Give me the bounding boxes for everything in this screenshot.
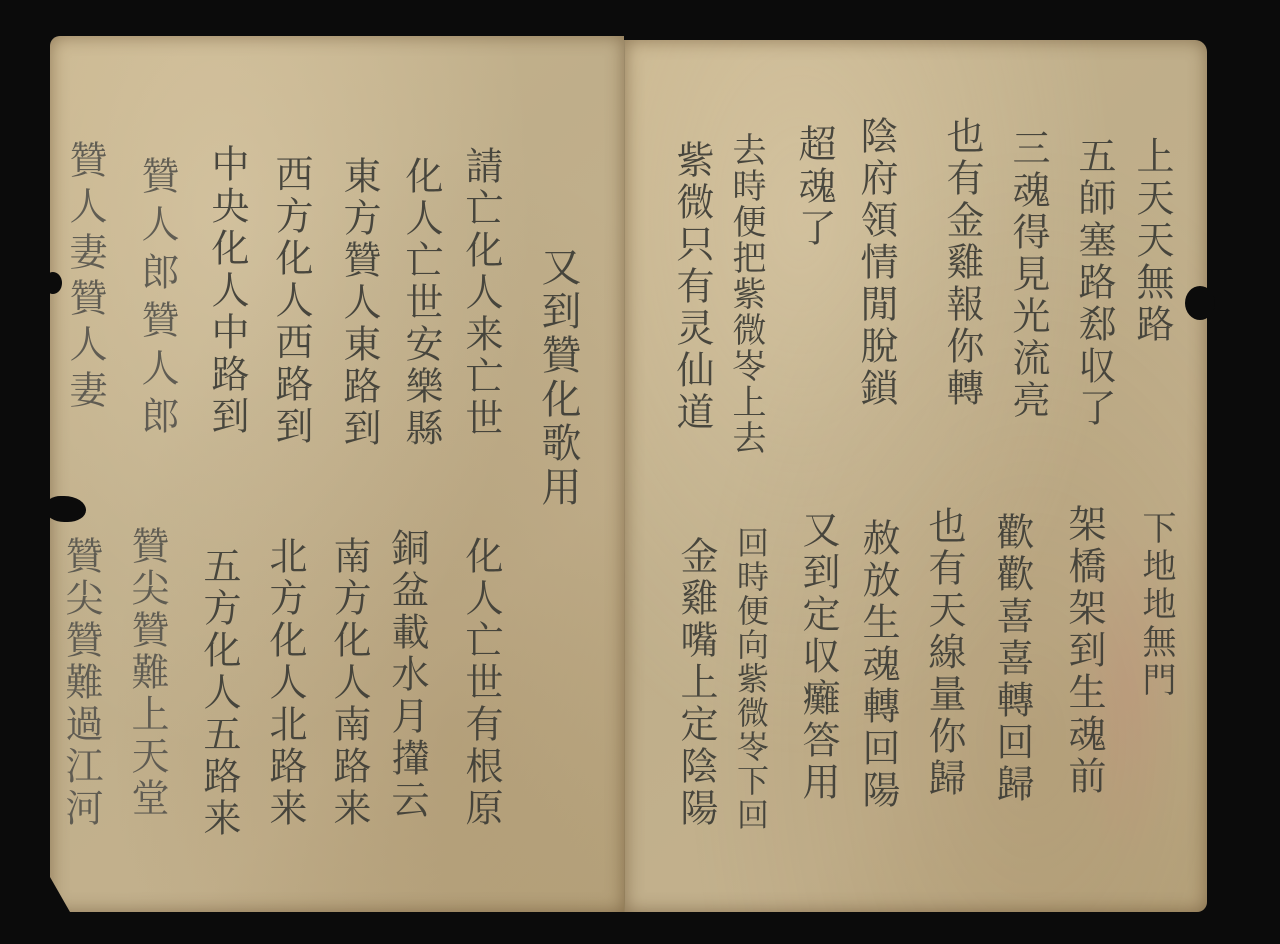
text-column: 贊尖贊難上天堂 [128, 526, 166, 820]
text-column: 陰府領情閒脫鎖 [857, 116, 895, 410]
text-column: 赦放生魂轉回陽 [859, 518, 897, 812]
text-column: 化人亡世有根原 [462, 536, 500, 830]
text-column: 西方化人西路到 [272, 154, 310, 448]
text-column: 贊人妻贊人妻 [66, 140, 104, 416]
right-page: 上天天無路 五師塞路郄収了 三魂得見光流亮 也有金雞報你轉 陰府領情閒脫鎖 超魂… [624, 40, 1207, 912]
text-column: 也有金雞報你轉 [943, 116, 981, 410]
text-column: 五方化人五路来 [200, 546, 238, 840]
text-column: 南方化人南路来 [330, 536, 368, 830]
song-heading: 又到贊化歌用 [538, 246, 578, 510]
text-column: 也有天線量你歸 [925, 506, 963, 800]
text-column: 紫微只有灵仙道 [673, 140, 711, 434]
text-column: 中央化人中路到 [208, 144, 246, 438]
text-column: 五師塞路郄収了 [1075, 136, 1113, 430]
page-damage-tear [46, 496, 86, 522]
text-column: 化人亡世安樂縣 [402, 156, 440, 450]
text-column: 金雞嘴上定陰陽 [677, 536, 715, 830]
text-column: 贊人郎贊人郎 [138, 156, 176, 444]
manuscript-spread: 又到贊化歌用 請亡化人来亡世 化人亡世安樂縣 東方贊人東路到 西方化人西路到 中… [0, 0, 1280, 944]
text-column: 回時便向紫微岺下回 [735, 526, 767, 832]
text-column: 超魂了 [795, 124, 833, 250]
text-column: 又到定収癱答用 [799, 510, 837, 804]
text-column: 銅盆載水月攆云 [388, 528, 426, 822]
text-column: 三魂得見光流亮 [1009, 128, 1047, 422]
text-column: 下地地無門 [1139, 510, 1173, 700]
text-column: 北方化人北路来 [266, 536, 304, 830]
text-column: 去時便把紫微岺上去 [729, 132, 763, 456]
text-column: 東方贊人東路到 [340, 156, 378, 450]
text-column: 請亡化人来亡世 [462, 146, 500, 440]
page-damage-hole [44, 272, 62, 294]
left-page: 又到贊化歌用 請亡化人来亡世 化人亡世安樂縣 東方贊人東路到 西方化人西路到 中… [50, 36, 624, 912]
page-damage-hole [1185, 286, 1215, 320]
text-column: 歡歡喜喜轉回歸 [993, 512, 1031, 806]
text-column: 贊尖贊難過江河 [62, 536, 100, 830]
text-column: 上天天無路 [1133, 136, 1171, 346]
text-column: 架橋架到生魂前 [1065, 504, 1103, 798]
